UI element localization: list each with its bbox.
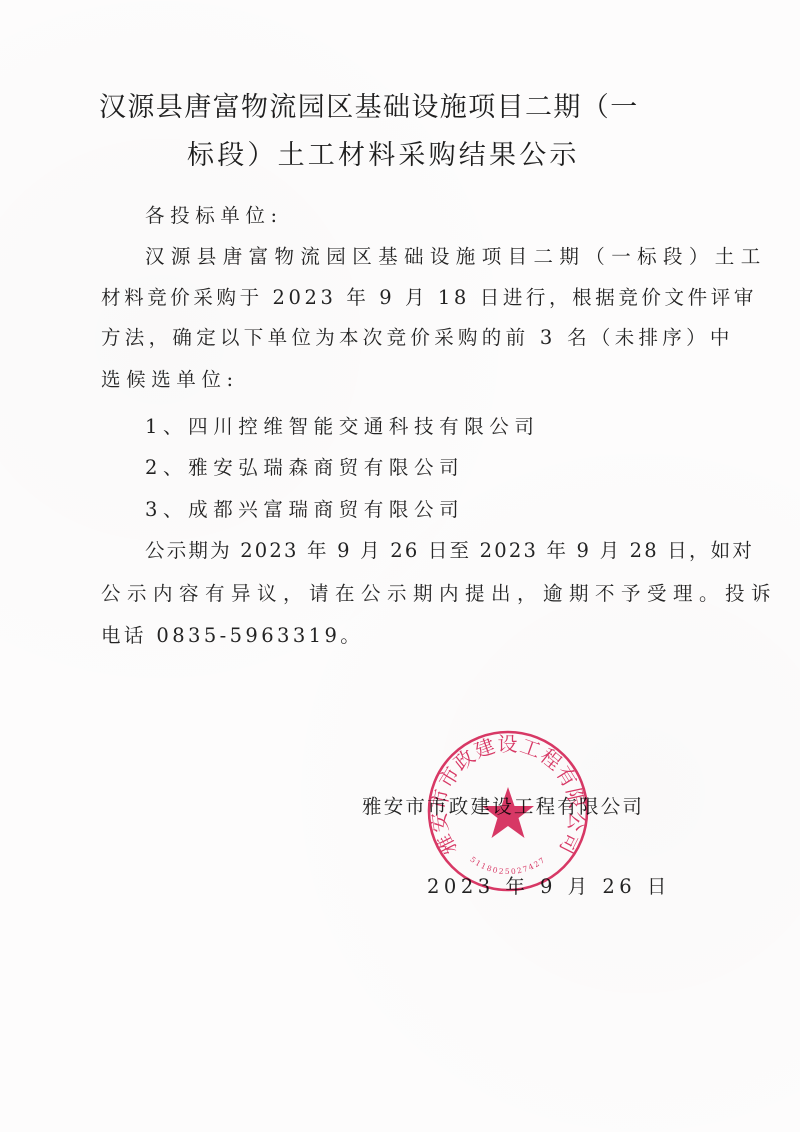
document-page: 汉源县唐富物流园区基础设施项目二期（一 标段）土工材料采购结果公示 各投标单位:… bbox=[0, 0, 800, 1132]
official-seal-stamp: 雅安市市政建设工程有限公司 5118025027427 bbox=[426, 729, 590, 893]
paragraph-1-line-2: 材料竞价采购于 2023 年 9 月 18 日进行，根据竞价文件评审 bbox=[101, 287, 757, 309]
document-title-line-1: 汉源县唐富物流园区基础设施项目二期（一 bbox=[99, 94, 639, 122]
paragraph-2-line-3: 电话 0835-5963319。 bbox=[101, 625, 363, 647]
paragraph-1-line-3: 方法，确定以下单位为本次竞价采购的前 3 名（未排序）中 bbox=[101, 327, 734, 349]
candidate-item-3: 3、成都兴富瑞商贸有限公司 bbox=[145, 499, 464, 521]
star-icon bbox=[482, 787, 534, 838]
candidate-item-1: 1、四川控维智能交通科技有限公司 bbox=[145, 416, 540, 438]
document-title-line-2: 标段）土工材料采购结果公示 bbox=[187, 142, 580, 170]
paragraph-1-line-4: 选候选单位: bbox=[101, 369, 239, 391]
paragraph-2-line-2: 公示内容有异议，请在公示期内提出，逾期不予受理。投诉 bbox=[101, 583, 777, 605]
paragraph-1-line-1: 汉源县唐富物流园区基础设施项目二期（一标段）土工 bbox=[145, 246, 767, 268]
paragraph-2-line-1: 公示期为 2023 年 9 月 26 日至 2023 年 9 月 28 日，如对 bbox=[145, 540, 754, 562]
candidate-item-2: 2、雅安弘瑞森商贸有限公司 bbox=[145, 457, 464, 479]
salutation: 各投标单位: bbox=[145, 205, 283, 227]
stamp-code: 5118025027427 bbox=[468, 855, 547, 876]
